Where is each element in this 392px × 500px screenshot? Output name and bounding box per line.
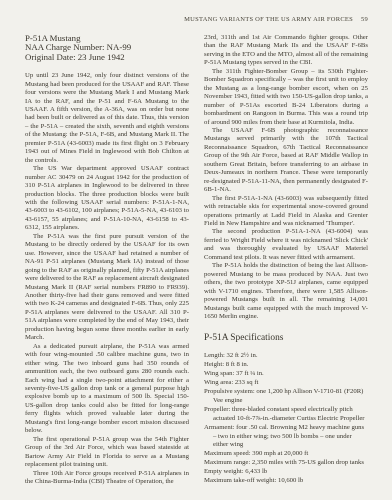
paragraph: As a dedicated pursuit airplane, the P-5… — [25, 343, 189, 436]
book-page: MUSTANG VARIANTS OF THE US ARMY AIR FORC… — [0, 0, 392, 500]
spec-item: Maximum range: 2,350 miles with 75-US ga… — [204, 459, 368, 468]
left-column-body: Up until 23 June 1942, only four distinc… — [25, 72, 189, 486]
paragraph: The 311th Fighter-Bomber Group – its 530… — [204, 68, 368, 127]
spec-item: Maximum speed: 390 mph at 20,000 ft — [204, 450, 368, 459]
left-column: P-51A Mustang NAA Charge Number: NA-99 O… — [25, 34, 189, 486]
paragraph: 23rd, 311th and 1st Air Commando fighter… — [204, 34, 368, 68]
paragraph: Three 10th Air Force groups received P-5… — [25, 470, 189, 487]
right-column: 23rd, 311th and 1st Air Commando fighter… — [204, 34, 368, 486]
spec-item: Wing area: 233 sq ft — [204, 379, 368, 388]
spec-item: Wing span: 37 ft ¼ in. — [204, 370, 368, 379]
spec-item: Propeller: three-bladed constant speed e… — [204, 406, 368, 424]
paragraph: The USAAF F-6B photographic reconnaissan… — [204, 127, 368, 195]
right-column-body: 23rd, 311th and 1st Air Commando fighter… — [204, 34, 368, 321]
paragraph: The first operational P-51A group was th… — [25, 436, 189, 470]
spec-item: Armament: four .50 cal. Browning M2 heav… — [204, 424, 368, 451]
page-number: 59 — [361, 16, 368, 23]
running-header: MUSTANG VARIANTS OF THE US ARMY AIR FORC… — [25, 16, 368, 23]
paragraph: The first P-51A-1-NA (43-6003) was subse… — [204, 195, 368, 229]
spec-item: Maximum take-off weight: 10,600 lb — [204, 477, 368, 486]
spec-item: Height: 8 ft 8 in. — [204, 361, 368, 370]
paragraph: Up until 23 June 1942, only four distinc… — [25, 72, 189, 165]
specifications-list: Length: 32 ft 2½ in.Height: 8 ft 8 in.Wi… — [204, 352, 368, 486]
article-title: P-51A Mustang NAA Charge Number: NA-99 O… — [25, 34, 189, 62]
spec-item: Length: 32 ft 2½ in. — [204, 352, 368, 361]
specifications-heading: P-51A Specifications — [204, 333, 368, 343]
paragraph: The P-51A was the first pure pursuit ver… — [25, 233, 189, 343]
paragraph: The P-51A holds the distinction of being… — [204, 262, 368, 321]
two-column-layout: P-51A Mustang NAA Charge Number: NA-99 O… — [25, 34, 368, 486]
running-header-title: MUSTANG VARIANTS OF THE US ARMY AIR FORC… — [184, 16, 353, 23]
paragraph: The US War department approved USAAF con… — [25, 165, 189, 233]
spec-item: Propulsive system: one 1,200 hp Allison … — [204, 388, 368, 406]
title-line-original-date: Original Date: 23 June 1942 — [25, 53, 189, 62]
paragraph: The second production P-51A-1-NA (43-600… — [204, 228, 368, 262]
spec-item: Empty weight: 6,433 lb — [204, 468, 368, 477]
